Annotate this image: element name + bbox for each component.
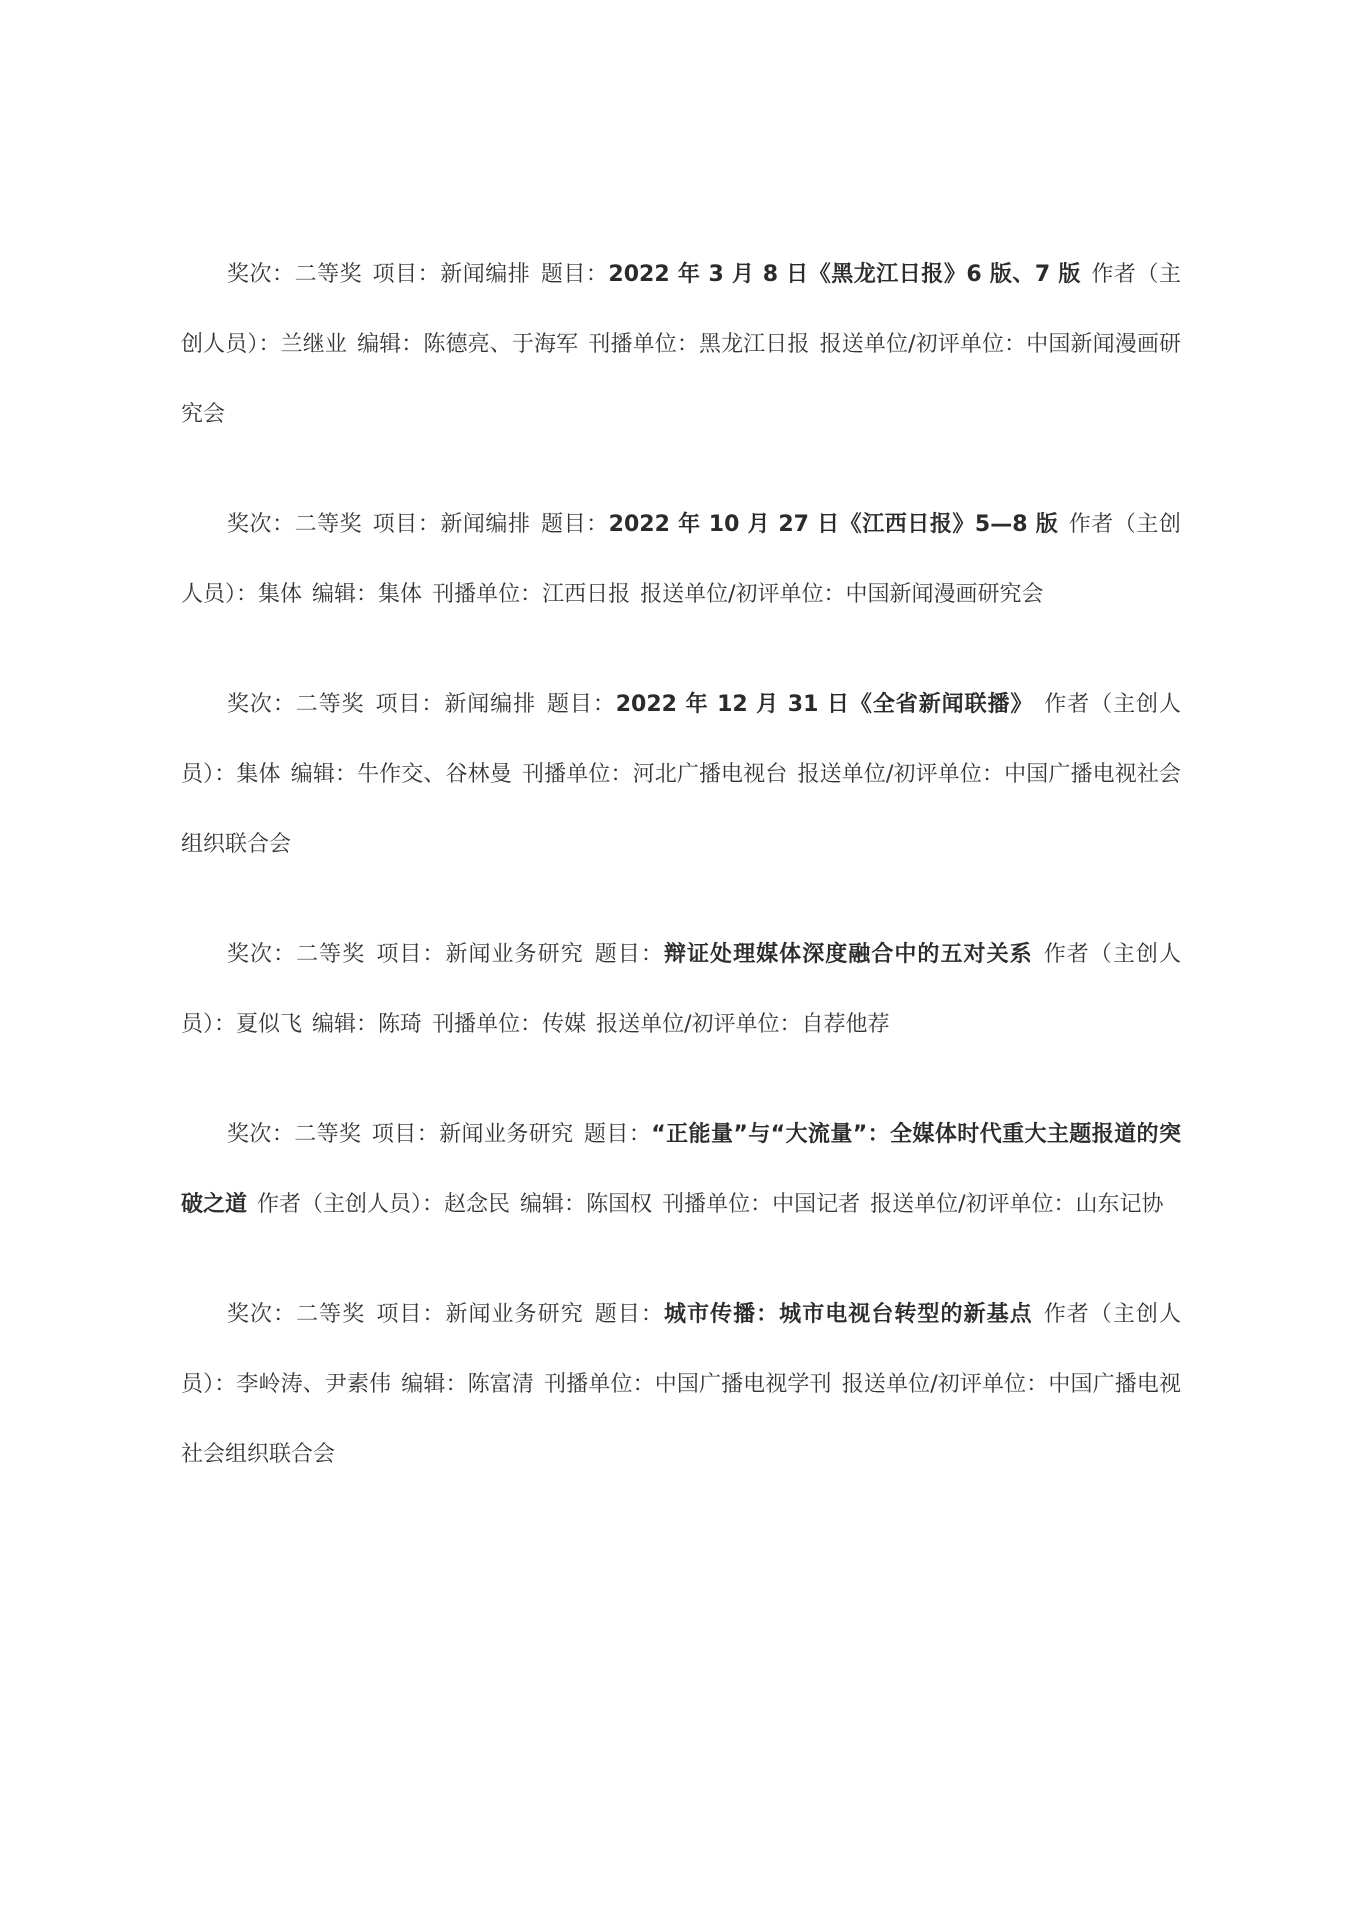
category-label: 项目： bbox=[375, 942, 445, 967]
award-entry-2: 奖次：二等奖项目：新闻编排题目：2022 年 10 月 27 日《江西日报》5—… bbox=[181, 490, 1181, 630]
award-value: 二等奖 bbox=[296, 692, 365, 717]
publisher-label: 刊播单位： bbox=[432, 582, 542, 607]
category-label: 项目： bbox=[375, 1302, 445, 1327]
title-label: 题目： bbox=[584, 1122, 652, 1147]
title-label: 题目： bbox=[541, 512, 609, 537]
award-value: 二等奖 bbox=[295, 512, 363, 537]
editor-label: 编辑： bbox=[312, 582, 378, 607]
award-label: 奖次： bbox=[227, 262, 295, 287]
award-entry-1: 奖次：二等奖项目：新闻编排题目：2022 年 3 月 8 日《黑龙江日报》6 版… bbox=[181, 240, 1181, 450]
submitter-label: 报送单位/初评单位： bbox=[596, 1012, 801, 1037]
entry-title: 2022 年 12 月 31 日《全省新闻联播》 bbox=[616, 692, 1034, 717]
document-page: 奖次：二等奖项目：新闻编排题目：2022 年 3 月 8 日《黑龙江日报》6 版… bbox=[181, 240, 1181, 1530]
editor-label: 编辑： bbox=[401, 1372, 467, 1397]
submitter-label: 报送单位/初评单位： bbox=[797, 762, 1004, 787]
category-label: 项目： bbox=[372, 262, 440, 287]
award-entry-4: 奖次：二等奖项目：新闻业务研究题目：辩证处理媒体深度融合中的五对关系作者（主创人… bbox=[181, 920, 1181, 1060]
editor-value: 集体 bbox=[378, 582, 422, 607]
editor-value: 陈国权 bbox=[586, 1192, 652, 1217]
submitter-label: 报送单位/初评单位： bbox=[870, 1192, 1075, 1217]
title-label: 题目： bbox=[540, 262, 608, 287]
submitter-value: 山东记协 bbox=[1076, 1192, 1164, 1217]
editor-value: 牛作交、谷林曼 bbox=[357, 762, 512, 787]
category-value: 新闻业务研究 bbox=[439, 1122, 573, 1147]
title-label: 题目： bbox=[594, 942, 664, 967]
award-entry-5: 奖次：二等奖项目：新闻业务研究题目：“正能量”与“大流量”：全媒体时代重大主题报… bbox=[181, 1100, 1181, 1240]
award-value: 二等奖 bbox=[295, 262, 363, 287]
author-value: 集体 bbox=[258, 582, 302, 607]
award-entry-3: 奖次：二等奖项目：新闻编排题目：2022 年 12 月 31 日《全省新闻联播》… bbox=[181, 670, 1181, 880]
category-value: 新闻编排 bbox=[440, 262, 530, 287]
category-value: 新闻编排 bbox=[440, 512, 530, 537]
award-value: 二等奖 bbox=[294, 1122, 361, 1147]
editor-value: 陈富清 bbox=[468, 1372, 534, 1397]
award-value: 二等奖 bbox=[296, 1302, 365, 1327]
title-label: 题目： bbox=[594, 1302, 664, 1327]
submitter-label: 报送单位/初评单位： bbox=[820, 332, 1027, 357]
award-label: 奖次： bbox=[227, 1122, 294, 1147]
publisher-value: 江西日报 bbox=[542, 582, 630, 607]
submitter-value: 自荐他荐 bbox=[802, 1012, 890, 1037]
author-value: 夏似飞 bbox=[236, 1012, 302, 1037]
award-label: 奖次： bbox=[227, 942, 296, 967]
editor-label: 编辑： bbox=[312, 1012, 378, 1037]
editor-label: 编辑： bbox=[357, 332, 423, 357]
award-label: 奖次： bbox=[227, 692, 296, 717]
publisher-label: 刊播单位： bbox=[432, 1012, 542, 1037]
editor-label: 编辑： bbox=[291, 762, 357, 787]
submitter-label: 报送单位/初评单位： bbox=[640, 582, 845, 607]
editor-value: 陈德亮、于海军 bbox=[423, 332, 578, 357]
publisher-label: 刊播单位： bbox=[662, 1192, 772, 1217]
entry-title: 2022 年 10 月 27 日《江西日报》5—8 版 bbox=[609, 512, 1059, 537]
publisher-label: 刊播单位： bbox=[522, 762, 633, 787]
publisher-value: 传媒 bbox=[542, 1012, 586, 1037]
publisher-value: 黑龙江日报 bbox=[699, 332, 810, 357]
award-label: 奖次： bbox=[227, 512, 295, 537]
submitter-value: 中国新闻漫画研究会 bbox=[846, 582, 1044, 607]
award-label: 奖次： bbox=[227, 1302, 296, 1327]
category-value: 新闻业务研究 bbox=[445, 942, 583, 967]
award-entry-6: 奖次：二等奖项目：新闻业务研究题目：城市传播：城市电视台转型的新基点作者（主创人… bbox=[181, 1280, 1181, 1490]
entry-title: 辩证处理媒体深度融合中的五对关系 bbox=[664, 942, 1033, 967]
submitter-label: 报送单位/初评单位： bbox=[842, 1372, 1049, 1397]
category-label: 项目： bbox=[371, 1122, 439, 1147]
author-value: 兰继业 bbox=[281, 332, 347, 357]
entry-title: 2022 年 3 月 8 日《黑龙江日报》6 版、7 版 bbox=[608, 262, 1080, 287]
author-value: 赵念民 bbox=[444, 1192, 510, 1217]
publisher-value: 河北广播电视台 bbox=[633, 762, 788, 787]
author-value: 集体 bbox=[236, 762, 280, 787]
publisher-label: 刊播单位： bbox=[544, 1372, 655, 1397]
author-label: 作者（主创人员）： bbox=[257, 1192, 444, 1217]
award-value: 二等奖 bbox=[296, 942, 365, 967]
author-value: 李岭涛、尹素伟 bbox=[236, 1372, 391, 1397]
title-label: 题目： bbox=[546, 692, 616, 717]
publisher-value: 中国广播电视学刊 bbox=[655, 1372, 832, 1397]
publisher-value: 中国记者 bbox=[772, 1192, 860, 1217]
category-value: 新闻编排 bbox=[444, 692, 536, 717]
entry-title: 城市传播：城市电视台转型的新基点 bbox=[664, 1302, 1033, 1327]
editor-label: 编辑： bbox=[520, 1192, 586, 1217]
editor-value: 陈琦 bbox=[378, 1012, 422, 1037]
publisher-label: 刊播单位： bbox=[588, 332, 699, 357]
category-label: 项目： bbox=[375, 692, 445, 717]
category-value: 新闻业务研究 bbox=[445, 1302, 583, 1327]
category-label: 项目： bbox=[372, 512, 440, 537]
